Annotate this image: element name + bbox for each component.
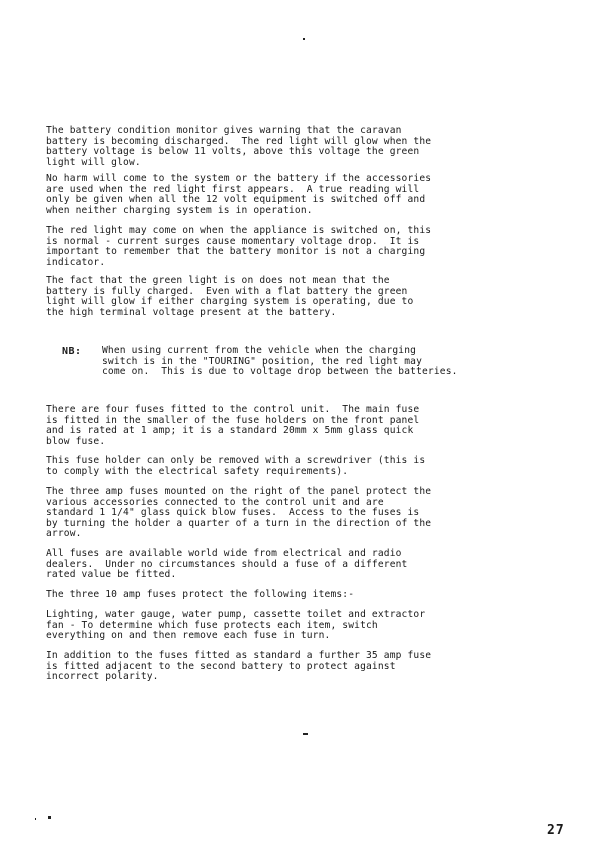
scan-speck — [48, 816, 51, 819]
paragraph-no-harm: No harm will come to the system or the b… — [46, 174, 536, 216]
note-label: NB: — [62, 346, 82, 357]
paragraph-red-light: The red light may come on when the appli… — [46, 226, 536, 268]
paragraph-green-light: The fact that the green light is on does… — [46, 276, 536, 318]
paragraph-polarity-fuse: In addition to the fuses fitted as stand… — [46, 651, 536, 683]
scan-speck — [303, 38, 305, 40]
paragraph-fuse-availability: All fuses are available world wide from … — [46, 549, 536, 581]
scan-speck — [303, 733, 308, 735]
paragraph-protected-items: Lighting, water gauge, water pump, casse… — [46, 610, 536, 642]
page-number: 27 — [547, 823, 565, 838]
note-text: When using current from the vehicle when… — [102, 346, 532, 378]
paragraph-three-amp-fuses: The three amp fuses mounted on the right… — [46, 487, 536, 540]
document-page: The battery condition monitor gives warn… — [0, 0, 600, 848]
paragraph-ten-amp-fuses: The three 10 amp fuses protect the follo… — [46, 590, 536, 601]
paragraph-four-fuses: There are four fuses fitted to the contr… — [46, 405, 536, 447]
paragraph-fuse-holder: This fuse holder can only be removed wit… — [46, 456, 536, 477]
paragraph-battery-monitor: The battery condition monitor gives warn… — [46, 126, 536, 168]
scan-speck — [35, 818, 36, 820]
